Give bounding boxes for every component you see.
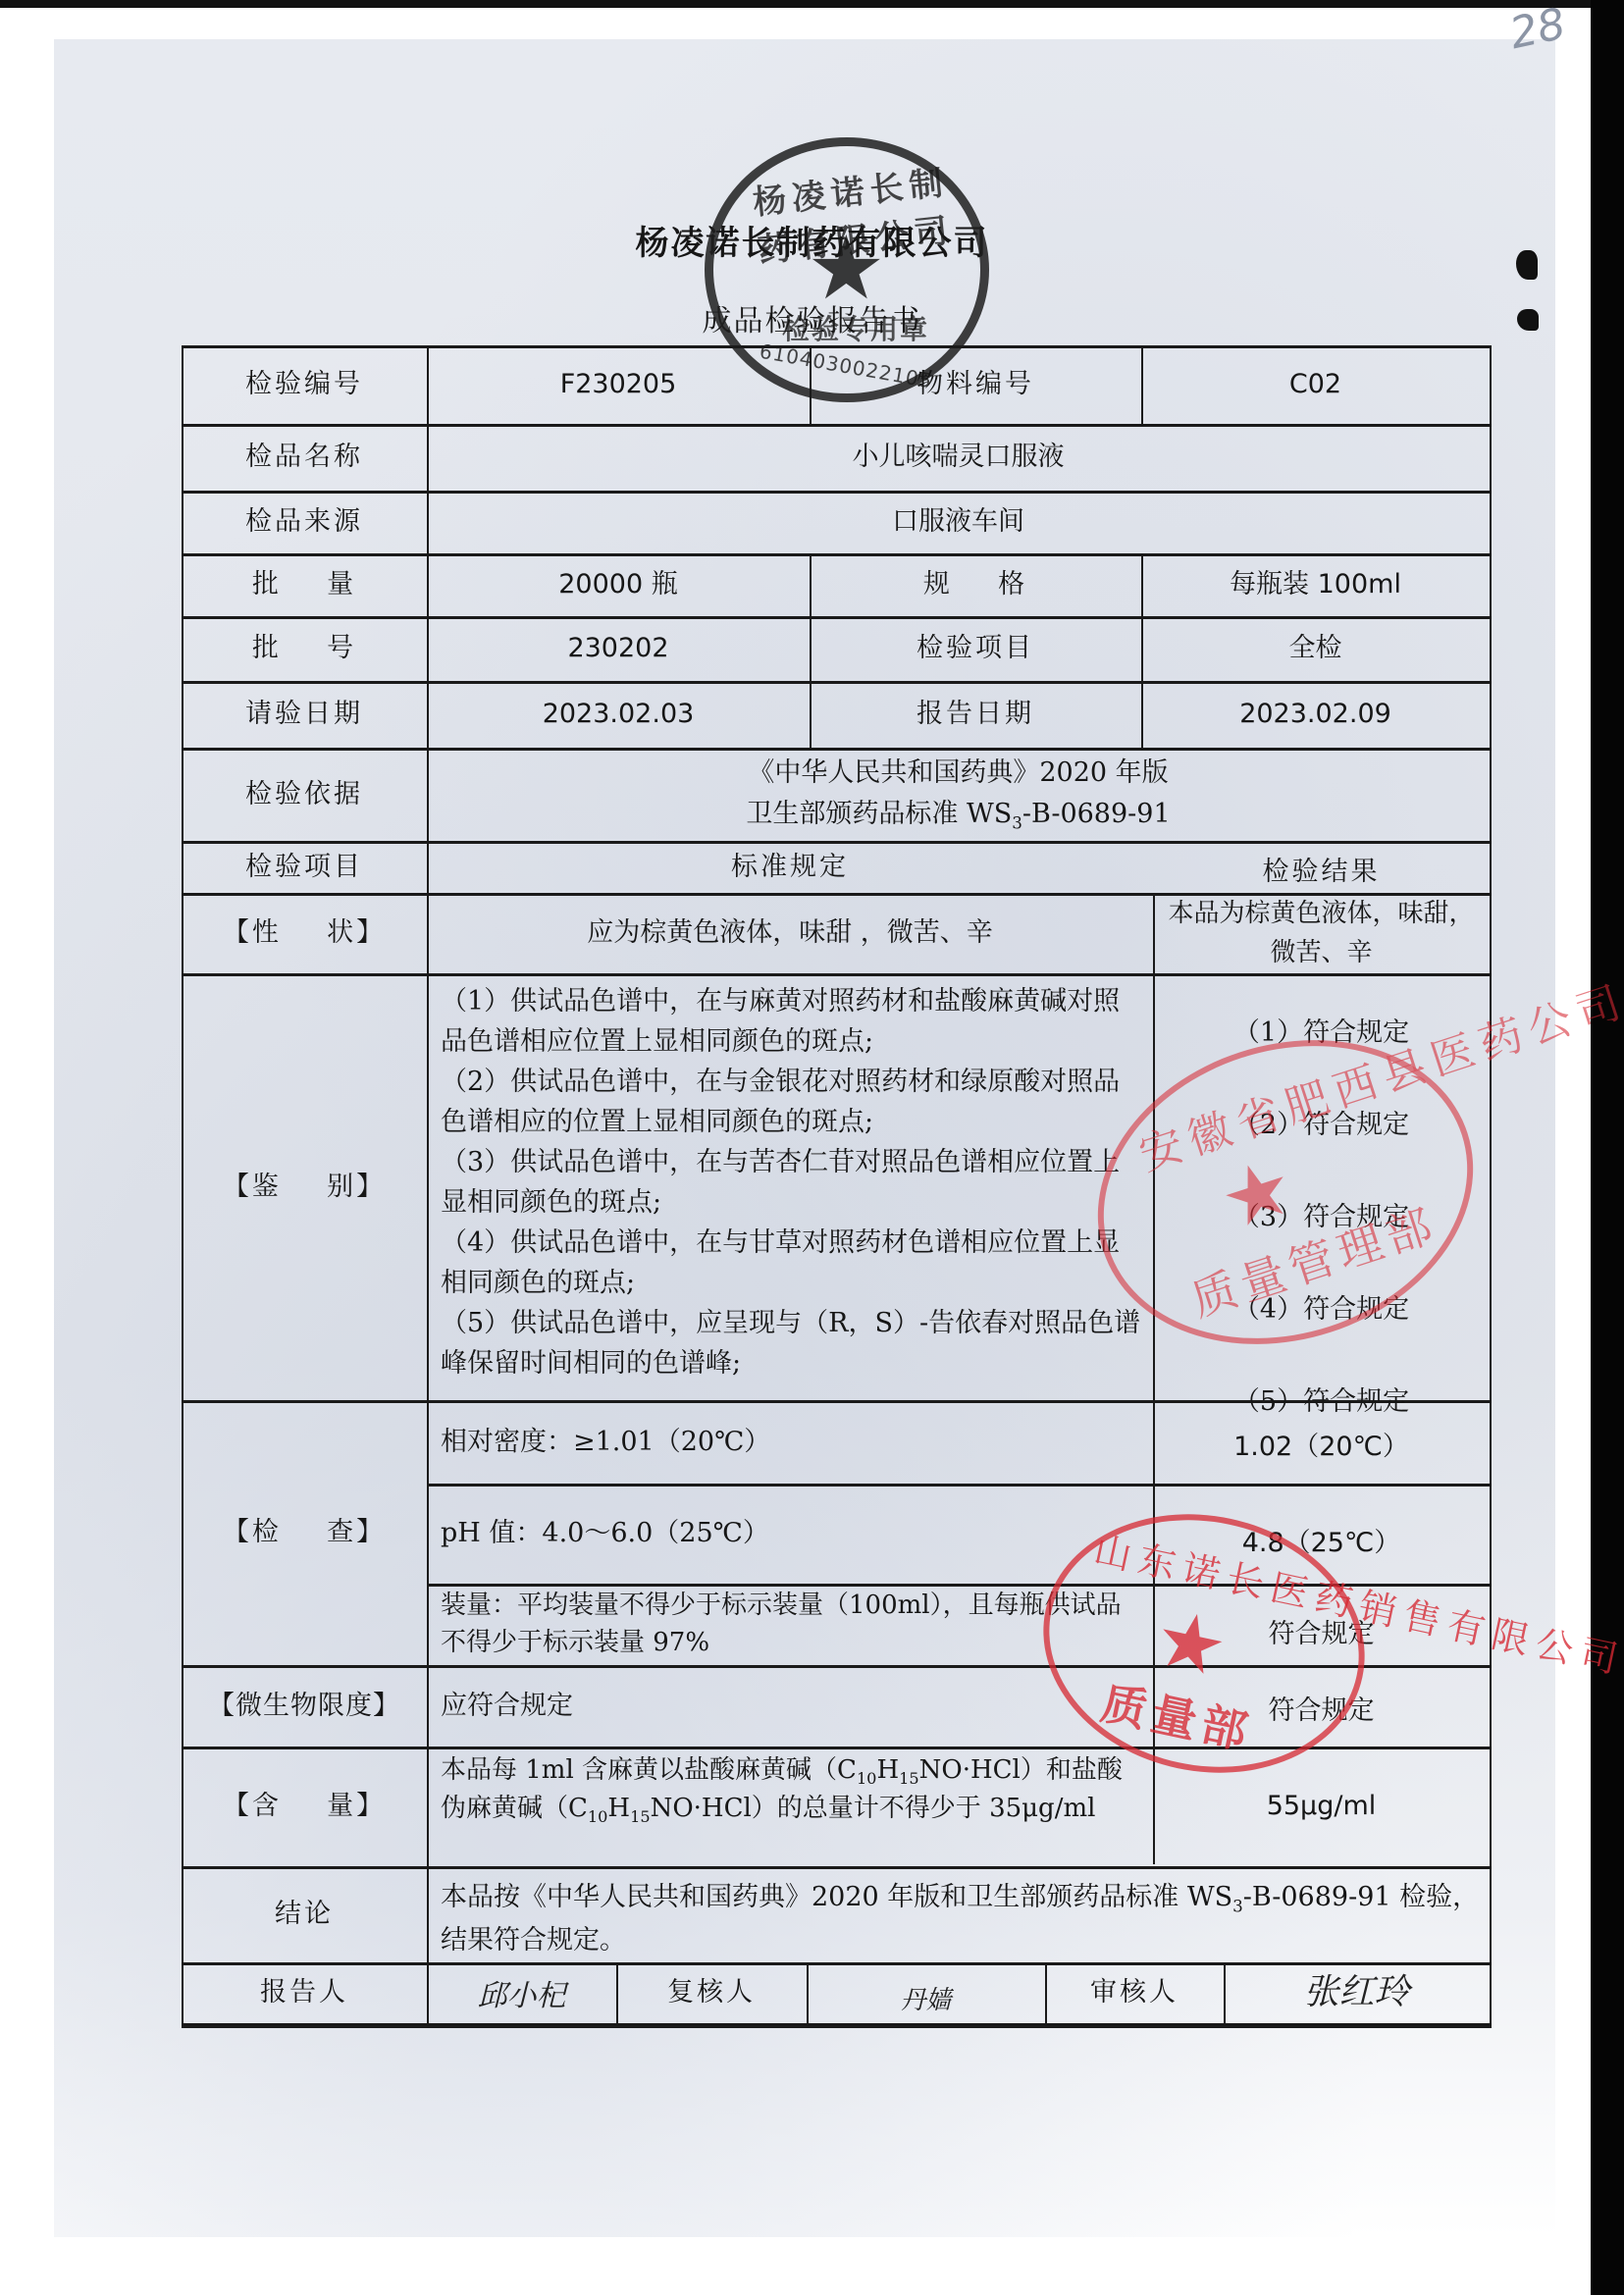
handwritten-page-number: 28 — [1505, 0, 1569, 59]
spec-label: 规 格 — [810, 553, 1141, 616]
identification-standards: （1）供试品色谱中，在与麻黄对照药材和盐酸麻黄碱对照品色谱相应位置上显相同颜色的… — [427, 973, 1153, 1400]
reviewer-label: 复核人 — [616, 1962, 807, 2023]
test-items-label: 检验项目 — [810, 616, 1141, 681]
report-date-value: 2023.02.09 — [1141, 681, 1490, 748]
col-header-standard: 标准规定 — [427, 841, 1153, 893]
approver-signature: 张红玲 — [1224, 1962, 1490, 2023]
spec-value: 每瓶装 100ml — [1141, 553, 1490, 616]
microbial-standard: 应符合规定 — [427, 1665, 1153, 1747]
conclusion-text: 本品按《中华人民共和国药典》2020 年版和卫生部颁药品标准 WS3-B-068… — [427, 1866, 1490, 1962]
batch-no-value: 230202 — [427, 616, 810, 681]
source-label: 检品来源 — [182, 491, 427, 553]
request-date-value: 2023.02.03 — [427, 681, 810, 748]
assay-label: 【含 量】 — [182, 1747, 427, 1866]
scan-border-top — [0, 0, 1624, 8]
scan-border-right — [1591, 0, 1624, 2295]
checks-label: 【检 查】 — [182, 1400, 427, 1665]
col-header-item: 检验项目 — [182, 841, 427, 893]
basis-label: 检验依据 — [182, 748, 427, 841]
identification-label: 【鉴 别】 — [182, 973, 427, 1400]
material-no-label: 物料编号 — [810, 345, 1141, 424]
conclusion-label: 结论 — [182, 1866, 427, 1962]
reporter-signature: 邱小杞 — [427, 1966, 616, 2027]
reporter-label: 报告人 — [182, 1962, 427, 2023]
identification-standard-5: （5）供试品色谱中，应呈现与（R，S）-告依春对照品色谱峰保留时间相同的色谱峰; — [441, 1303, 1143, 1383]
approver-label: 审核人 — [1045, 1962, 1224, 2023]
batch-size-label: 批 量 — [182, 553, 427, 616]
basis-value: 《中华人民共和国药典》2020 年版 卫生部颁药品标准 WS3-B-0689-9… — [427, 748, 1490, 841]
microbial-label: 【微生物限度】 — [182, 1665, 427, 1747]
batch-size-value: 20000 瓶 — [427, 553, 810, 616]
seal-center-text: 检验专用章 — [782, 308, 929, 347]
check-ph-standard: pH 值：4.0～6.0（25℃） — [427, 1484, 1153, 1584]
col-header-result: 检验结果 — [1153, 846, 1490, 898]
basis-line-2: 卫生部颁药品标准 WS3-B-0689-91 — [746, 794, 1170, 836]
inspection-no-label: 检验编号 — [182, 345, 427, 424]
appearance-standard: 应为棕黄色液体，味甜 ，微苦、辛 — [427, 893, 1153, 973]
identification-standard-3: （3）供试品色谱中，在与苦杏仁苷对照品色谱相应位置上显相同颜色的斑点; — [441, 1142, 1143, 1223]
check-density-result: 1.02（20℃） — [1153, 1400, 1490, 1493]
check-density-standard: 相对密度：≥1.01（20℃） — [427, 1400, 1153, 1484]
identification-standard-2: （2）供试品色谱中，在与金银花对照药材和绿原酸对照品色谱相应的位置上显相同颜色的… — [441, 1062, 1143, 1142]
inspection-no-value: F230205 — [427, 345, 810, 424]
batch-no-label: 批 号 — [182, 616, 427, 681]
appearance-label: 【性 状】 — [182, 893, 427, 973]
material-no-value: C02 — [1141, 345, 1490, 424]
identification-standard-4: （4）供试品色谱中，在与甘草对照药材色谱相应位置上显相同颜色的斑点; — [441, 1223, 1143, 1303]
request-date-label: 请验日期 — [182, 681, 427, 748]
product-name-value: 小儿咳喘灵口服液 — [427, 424, 1490, 491]
product-name-label: 检品名称 — [182, 424, 427, 491]
test-items-value: 全检 — [1141, 616, 1490, 681]
assay-standard: 本品每 1ml 含麻黄以盐酸麻黄碱（C10H15NO·HCl）和盐酸伪麻黄碱（C… — [427, 1747, 1153, 1866]
identification-standard-1: （1）供试品色谱中，在与麻黄对照药材和盐酸麻黄碱对照品色谱相应位置上显相同颜色的… — [441, 981, 1143, 1062]
source-value: 口服液车间 — [427, 491, 1490, 553]
report-date-label: 报告日期 — [810, 681, 1141, 748]
star-icon: ★ — [807, 217, 886, 320]
reviewer-signature: 丹嫱 — [807, 1970, 1045, 2031]
appearance-result: 本品为棕黄色液体，味甜，微苦、辛 — [1153, 893, 1490, 973]
basis-line-1: 《中华人民共和国药典》2020 年版 — [748, 753, 1168, 794]
